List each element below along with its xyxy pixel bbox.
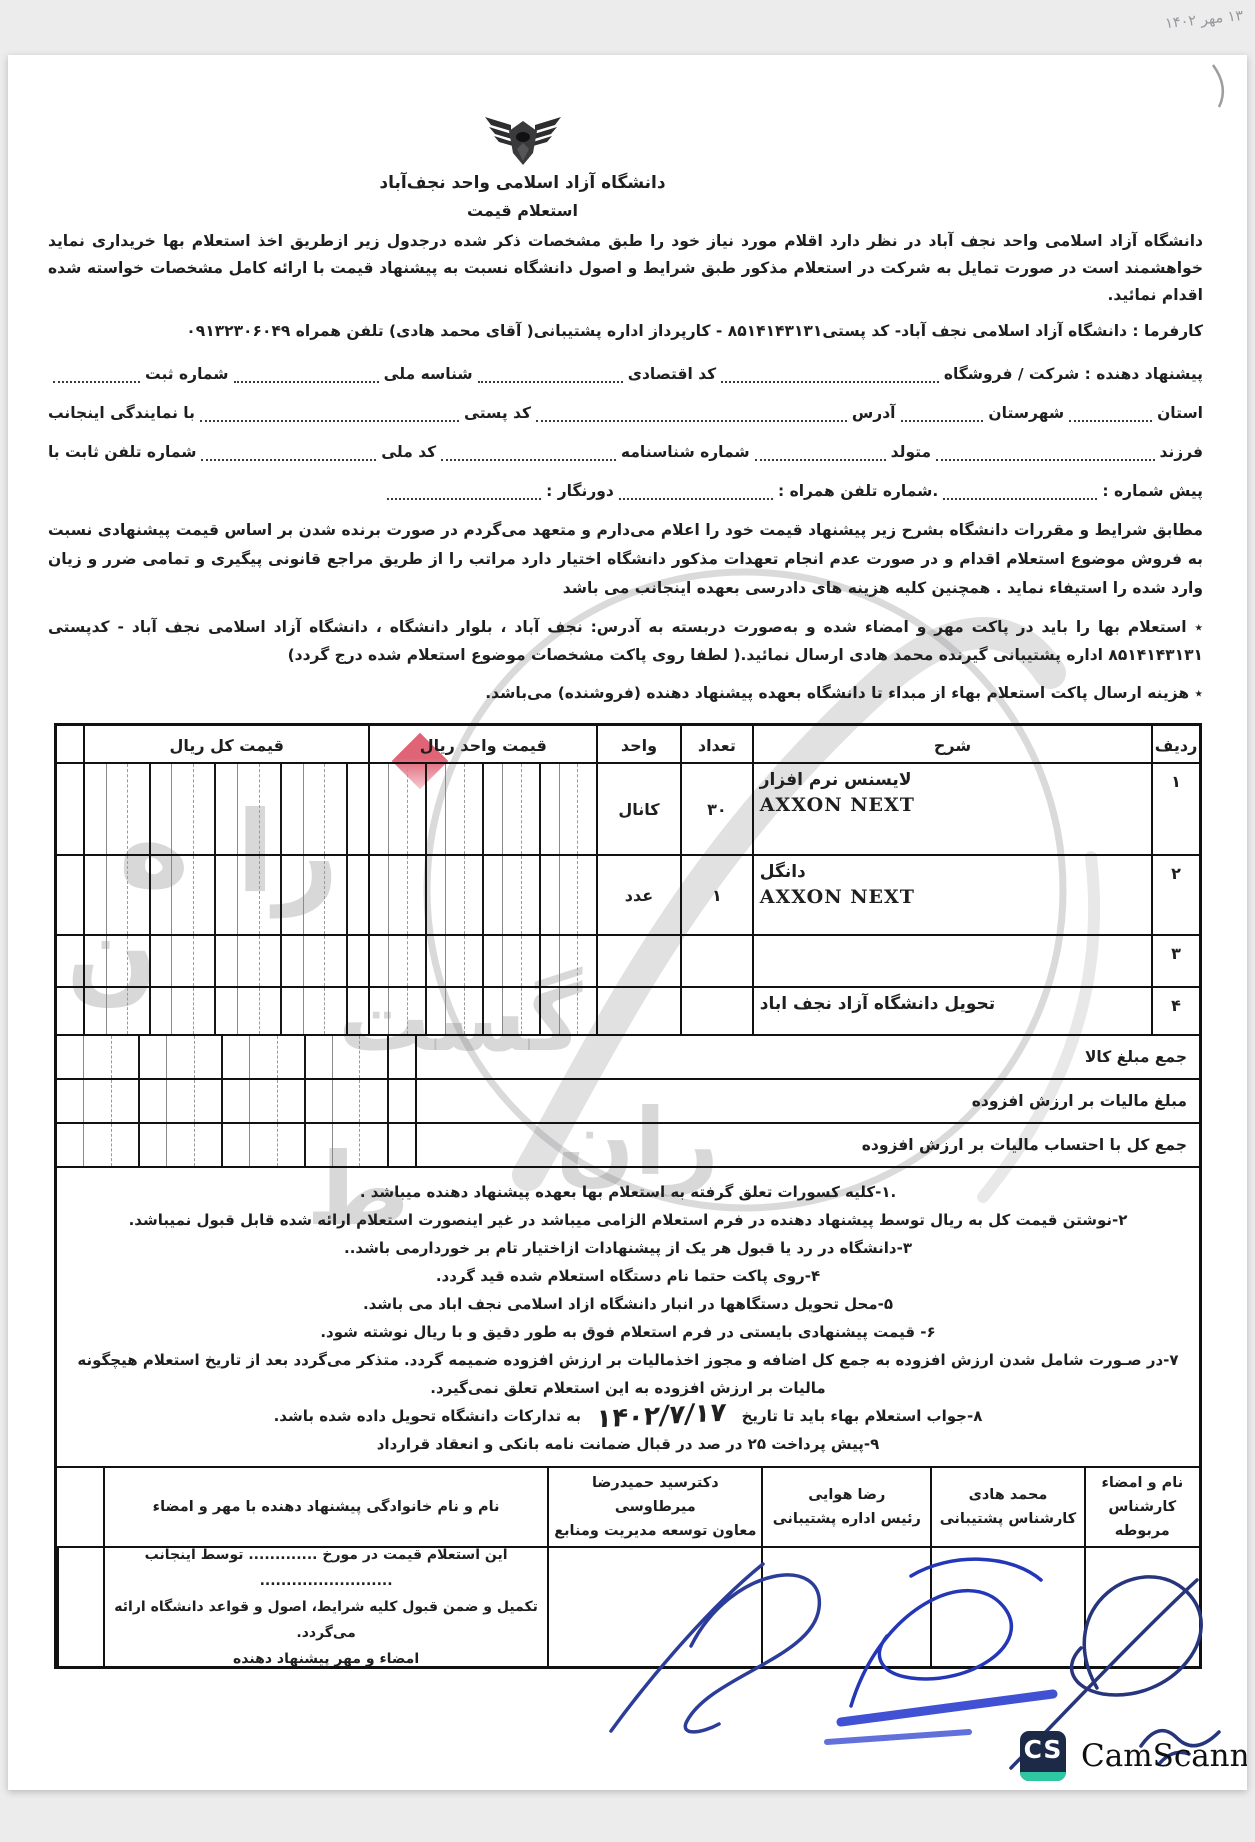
summary-label: مبلغ مالیات بر ارزش افزوده: [415, 1080, 1199, 1122]
signer-role: رئیس اداره پشتیبانی: [773, 1507, 921, 1531]
field-label-fax: دورنگار :: [546, 482, 614, 500]
field-label-mobile: .شماره تلفن همراه :: [778, 482, 938, 500]
row-number: ۴: [1151, 988, 1199, 1034]
national-id-blank[interactable]: [234, 370, 379, 383]
national-code-blank[interactable]: [201, 448, 376, 461]
field-label-offerer: پیشنهاد دهنده : شرکت / فروشگاه: [944, 365, 1203, 383]
item-name-en: AXXON NEXT: [760, 794, 915, 816]
camscanner-icon-strip: [1020, 1772, 1066, 1781]
item-description: تحویل دانشگاه آزاد نجف اباد: [752, 988, 1151, 1034]
table-header-row: ردیف شرح تعداد واحد قیمت واحد ریال قیمت …: [57, 726, 1199, 764]
total-price-digit-boxes[interactable]: [83, 988, 368, 1034]
camscanner-icon: CS: [1020, 1731, 1066, 1781]
field-label-national-code: کد ملی: [381, 443, 436, 461]
total-price-digit-boxes[interactable]: [83, 764, 368, 854]
postal-code-blank[interactable]: [200, 409, 459, 422]
document-body: دانشگاه آزاد اسلامی واحد نجف آباد در نظر…: [8, 228, 1247, 707]
item-name-en: AXXON NEXT: [760, 886, 915, 908]
table-row: ۲ دانگل AXXON NEXT ۱ عدد: [57, 856, 1199, 936]
item-description: [752, 936, 1151, 986]
price-inquiry-table: ردیف شرح تعداد واحد قیمت واحد ریال قیمت …: [54, 723, 1202, 1669]
item-unit: عدد: [596, 856, 680, 934]
item-description: دانگل AXXON NEXT: [752, 856, 1151, 934]
birth-cert-blank[interactable]: [441, 448, 616, 461]
signer-name: رضا هوایی: [808, 1483, 885, 1507]
born-blank[interactable]: [755, 448, 886, 461]
summary-digit-boxes[interactable]: [57, 1080, 415, 1122]
col-header-description: شرح: [752, 726, 1151, 764]
item-name-fa: دانگل: [760, 862, 806, 882]
field-label-child-of: فرزند: [1160, 443, 1204, 461]
camscanner-footer: CS CamScanner: [1020, 1731, 1247, 1781]
form-line-phones: پیش شماره : .شماره تلفن همراه : دورنگار …: [48, 482, 1203, 500]
item-quantity: [680, 936, 752, 986]
edge-cell: [57, 936, 83, 986]
signer-name: دکترسید حمیدرضا میرطاوسی: [553, 1471, 757, 1519]
item-quantity: ۳۰: [680, 764, 752, 854]
deadline-prefix: ۸-جواب استعلام بهاء باید تا تاریخ: [742, 1407, 983, 1425]
row-number: ۱: [1151, 764, 1199, 854]
sign-col-edge: [57, 1468, 103, 1546]
condition-item: ۲-نوشتن قیمت کل به ریال توسط پیشنهاد دهن…: [71, 1206, 1185, 1234]
condition-item: .۱-کلیه کسورات تعلق گرفته به استعلام بها…: [71, 1178, 1185, 1206]
sign-col-label: نام و امضاء: [1101, 1471, 1183, 1495]
col-header-unit: واحد: [596, 726, 680, 764]
unit-price-digit-boxes[interactable]: [368, 988, 596, 1034]
signature-table: نام و امضاء کارشناس مربوطه محمد هادی کار…: [57, 1468, 1199, 1666]
sign-col-related-expert: نام و امضاء کارشناس مربوطه: [1084, 1468, 1199, 1546]
intro-paragraph: دانشگاه آزاد اسلامی واحد نجف آباد در نظر…: [48, 228, 1203, 309]
child-of-blank[interactable]: [936, 448, 1154, 461]
sign-col-support-head: رضا هوایی رئیس اداره پشتیبانی: [761, 1468, 930, 1546]
field-label-address: آدرس: [852, 404, 896, 422]
university-name: دانشگاه آزاد اسلامی واحد نجف‌آباد: [379, 173, 665, 193]
signature-cells-row: این استعلام قیمت در مورخ ............. ت…: [57, 1548, 1199, 1666]
unit-price-digit-boxes[interactable]: [368, 856, 596, 934]
field-label-landline: شماره تلفن ثابت با: [48, 443, 196, 461]
sign-col-label: نام و نام خانوادگی پیشنهاد دهنده با مهر …: [153, 1495, 500, 1519]
camscanner-badge-text: CS: [1024, 1731, 1063, 1769]
col-header-quantity: تعداد: [680, 726, 752, 764]
form-line-offerer: پیشنهاد دهنده : شرکت / فروشگاه کد اقتصاد…: [48, 365, 1203, 383]
sign-col-deputy: دکترسید حمیدرضا میرطاوسی معاون توسعه مدی…: [547, 1468, 761, 1546]
address-blank[interactable]: [536, 409, 847, 422]
condition-item: ۳-دانشگاه در رد یا قبول هر یک از پیشنهاد…: [71, 1234, 1185, 1262]
condition-item-deadline: ۸-جواب استعلام بهاء باید تا تاریخ ۱۴۰۲/۷…: [71, 1402, 1185, 1430]
item-unit: [596, 988, 680, 1034]
prefix-blank[interactable]: [943, 487, 1097, 500]
total-price-digit-boxes[interactable]: [83, 936, 368, 986]
condition-item: ۹-پیش پرداخت ۲۵ در صد در قبال ضمانت نامه…: [71, 1430, 1185, 1458]
summary-label: جمع کل با احتساب مالیات بر ارزش افزوده: [415, 1124, 1199, 1166]
handwritten-deadline-date: ۱۴۰۲/۷/۱۷: [595, 1399, 727, 1434]
field-label-born: متولد: [891, 443, 931, 461]
form-line-address: استان شهرستان آدرس کد پستی با نمایندگی ا…: [48, 404, 1203, 422]
conditions-list: .۱-کلیه کسورات تعلق گرفته به استعلام بها…: [57, 1168, 1199, 1468]
field-label-agency: با نمایندگی اینجانب: [48, 404, 195, 422]
row-number: ۳: [1151, 936, 1199, 986]
item-name-fa: لایسنس نرم افزار: [760, 770, 912, 790]
total-price-digit-boxes[interactable]: [83, 856, 368, 934]
table-row: ۱ لایسنس نرم افزار AXXON NEXT ۳۰ کانال: [57, 764, 1199, 856]
field-label-birth-cert-no: شماره شناسنامه: [621, 443, 750, 461]
unit-price-digit-boxes[interactable]: [368, 764, 596, 854]
col-header-unit-price: قیمت واحد ریال: [368, 726, 596, 764]
field-label-prefix: پیش شماره :: [1102, 482, 1203, 500]
county-blank[interactable]: [901, 409, 984, 422]
edge-cell: [57, 764, 83, 854]
field-label-national-id: شناسه ملی: [384, 365, 473, 383]
col-header-row-no: ردیف: [1151, 726, 1199, 764]
sign-col-support-expert: محمد هادی کارشناس پشتیبانی: [930, 1468, 1083, 1546]
deadline-suffix: به تدارکات دانشگاه تحویل داده شده باشد.: [274, 1407, 581, 1425]
note-shipping-cost: ٭ هزینه ارسال پاکت استعلام بهاء از مبداء…: [48, 679, 1203, 707]
mobile-blank[interactable]: [619, 487, 773, 500]
item-description: لایسنس نرم افزار AXXON NEXT: [752, 764, 1151, 854]
col-header-total-price: قیمت کل ریال: [83, 726, 369, 764]
commitment-paragraph: مطابق شرایط و مقررات دانشگاه بشرح زیر پی…: [48, 516, 1203, 603]
summary-digit-boxes[interactable]: [57, 1036, 415, 1078]
item-quantity: [680, 988, 752, 1034]
sign-col-offerer: نام و نام خانوادگی پیشنهاد دهنده با مهر …: [103, 1468, 548, 1546]
edge-cell: [57, 988, 83, 1034]
edge-cell: [57, 856, 83, 934]
summary-row-vat: مبلغ مالیات بر ارزش افزوده: [57, 1080, 1199, 1124]
condition-item: ۷-در صـورت شامل شدن ارزش افزوده به جمع ک…: [71, 1346, 1185, 1402]
summary-row-grand-total: جمع کل با احتساب مالیات بر ارزش افزوده: [57, 1124, 1199, 1168]
summary-row-goods-total: جمع مبلغ کالا: [57, 1036, 1199, 1080]
item-name-fa: تحویل دانشگاه آزاد نجف اباد: [760, 994, 995, 1014]
condition-item: ۵-محل تحویل دستگاهها در انبار دانشگاه از…: [71, 1290, 1185, 1318]
field-label-county: شهرستان: [988, 404, 1064, 422]
page-curl-mark: [1205, 61, 1235, 111]
document-header: دانشگاه آزاد اسلامی واحد نجف‌آباد استعلا…: [379, 105, 665, 220]
col-header-edge: [57, 726, 83, 762]
unit-price-digit-boxes[interactable]: [368, 936, 596, 986]
signer-role: کارشناس پشتیبانی: [940, 1507, 1076, 1531]
economic-code-blank[interactable]: [478, 370, 623, 383]
offerer-blank[interactable]: [721, 370, 939, 383]
form-title: استعلام قیمت: [379, 201, 665, 220]
field-label-registration-no: شماره ثبت: [145, 365, 228, 383]
row-number: ۲: [1151, 856, 1199, 934]
item-quantity: ۱: [680, 856, 752, 934]
camscanner-wordmark: CamScanner: [1081, 1738, 1247, 1774]
scan-timestamp: ۱۳ مهر ۱۴۰۲: [1164, 8, 1244, 32]
field-label-economic-code: کد اقتصادی: [628, 365, 716, 383]
item-unit: [596, 936, 680, 986]
field-label-postal-code: کد پستی: [464, 404, 531, 422]
summary-label: جمع مبلغ کالا: [415, 1036, 1199, 1078]
registration-no-blank[interactable]: [53, 370, 140, 383]
province-blank[interactable]: [1069, 409, 1152, 422]
condition-item: ۶- قیمت پیشنهادی بایستی در فرم استعلام ف…: [71, 1318, 1185, 1346]
form-line-identity: فرزند متولد شماره شناسنامه کد ملی شماره …: [48, 443, 1203, 461]
table-row: ۴ تحویل دانشگاه آزاد نجف اباد: [57, 988, 1199, 1036]
summary-digit-boxes[interactable]: [57, 1124, 415, 1166]
field-label-province: استان: [1157, 404, 1203, 422]
item-unit: کانال: [596, 764, 680, 854]
azad-university-logo-icon: [481, 105, 565, 167]
fax-blank[interactable]: [387, 487, 541, 500]
document-page: ه را ن گست ران ط دانشگاه آزاد اسلامی واح…: [8, 55, 1247, 1790]
signer-name: محمد هادی: [969, 1483, 1048, 1507]
employer-line: کارفرما : دانشگاه آزاد اسلامی نجف آباد- …: [48, 318, 1203, 344]
table-row: ۳: [57, 936, 1199, 988]
condition-item: ۴-روی پاکت حتما نام دستگاه استعلام شده ق…: [71, 1262, 1185, 1290]
note-envelope: ٭ استعلام بها را باید در پاکت مهر و امضا…: [48, 613, 1203, 669]
